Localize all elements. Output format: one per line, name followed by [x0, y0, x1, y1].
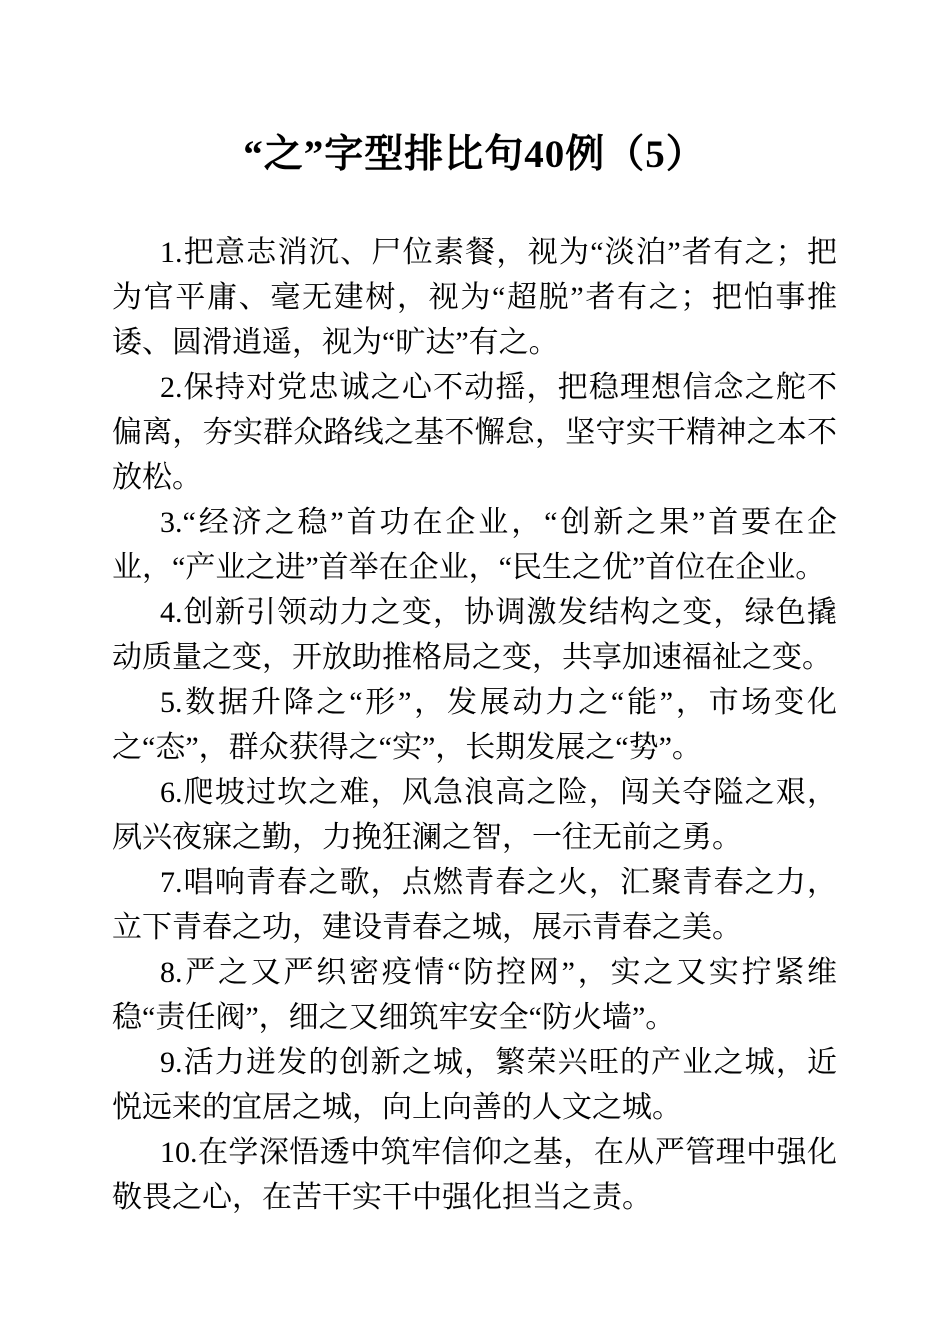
document-page: “之”字型排比句40例（5） 1.把意志消沉、尸位素餐，视为“淡泊”者有之；把为…: [0, 0, 950, 1344]
paragraph-9: 9.活力迸发的创新之城，繁荣兴旺的产业之城，近悦远来的宜居之城，向上向善的人文之…: [112, 1040, 837, 1130]
paragraph-8: 8.严之又严织密疫情“防控网”，实之又实拧紧维稳“责任阀”，细之又细筑牢安全“防…: [112, 950, 837, 1040]
paragraph-2: 2.保持对党忠诚之心不动摇，把稳理想信念之舵不偏离，夯实群众路线之基不懈怠，坚守…: [112, 365, 837, 500]
paragraph-7: 7.唱响青春之歌，点燃青春之火，汇聚青春之力，立下青春之功，建设青春之城，展示青…: [112, 860, 837, 950]
paragraph-6: 6.爬坡过坎之难，风急浪高之险，闯关夺隘之艰，夙兴夜寐之勤，力挽狂澜之智，一往无…: [112, 770, 837, 860]
paragraph-10: 10.在学深悟透中筑牢信仰之基，在从严管理中强化敬畏之心，在苦干实干中强化担当之…: [112, 1130, 837, 1220]
paragraph-5: 5.数据升降之“形”，发展动力之“能”，市场变化之“态”，群众获得之“实”，长期…: [112, 680, 837, 770]
paragraph-4: 4.创新引领动力之变，协调激发结构之变，绿色撬动质量之变，开放助推格局之变，共享…: [112, 590, 837, 680]
document-title: “之”字型排比句40例（5）: [112, 128, 837, 182]
paragraph-1: 1.把意志消沉、尸位素餐，视为“淡泊”者有之；把为官平庸、毫无建树，视为“超脱”…: [112, 230, 837, 365]
paragraph-3: 3.“经济之稳”首功在企业，“创新之果”首要在企业，“产业之进”首举在企业，“民…: [112, 500, 837, 590]
document-body: 1.把意志消沉、尸位素餐，视为“淡泊”者有之；把为官平庸、毫无建树，视为“超脱”…: [112, 230, 837, 1220]
